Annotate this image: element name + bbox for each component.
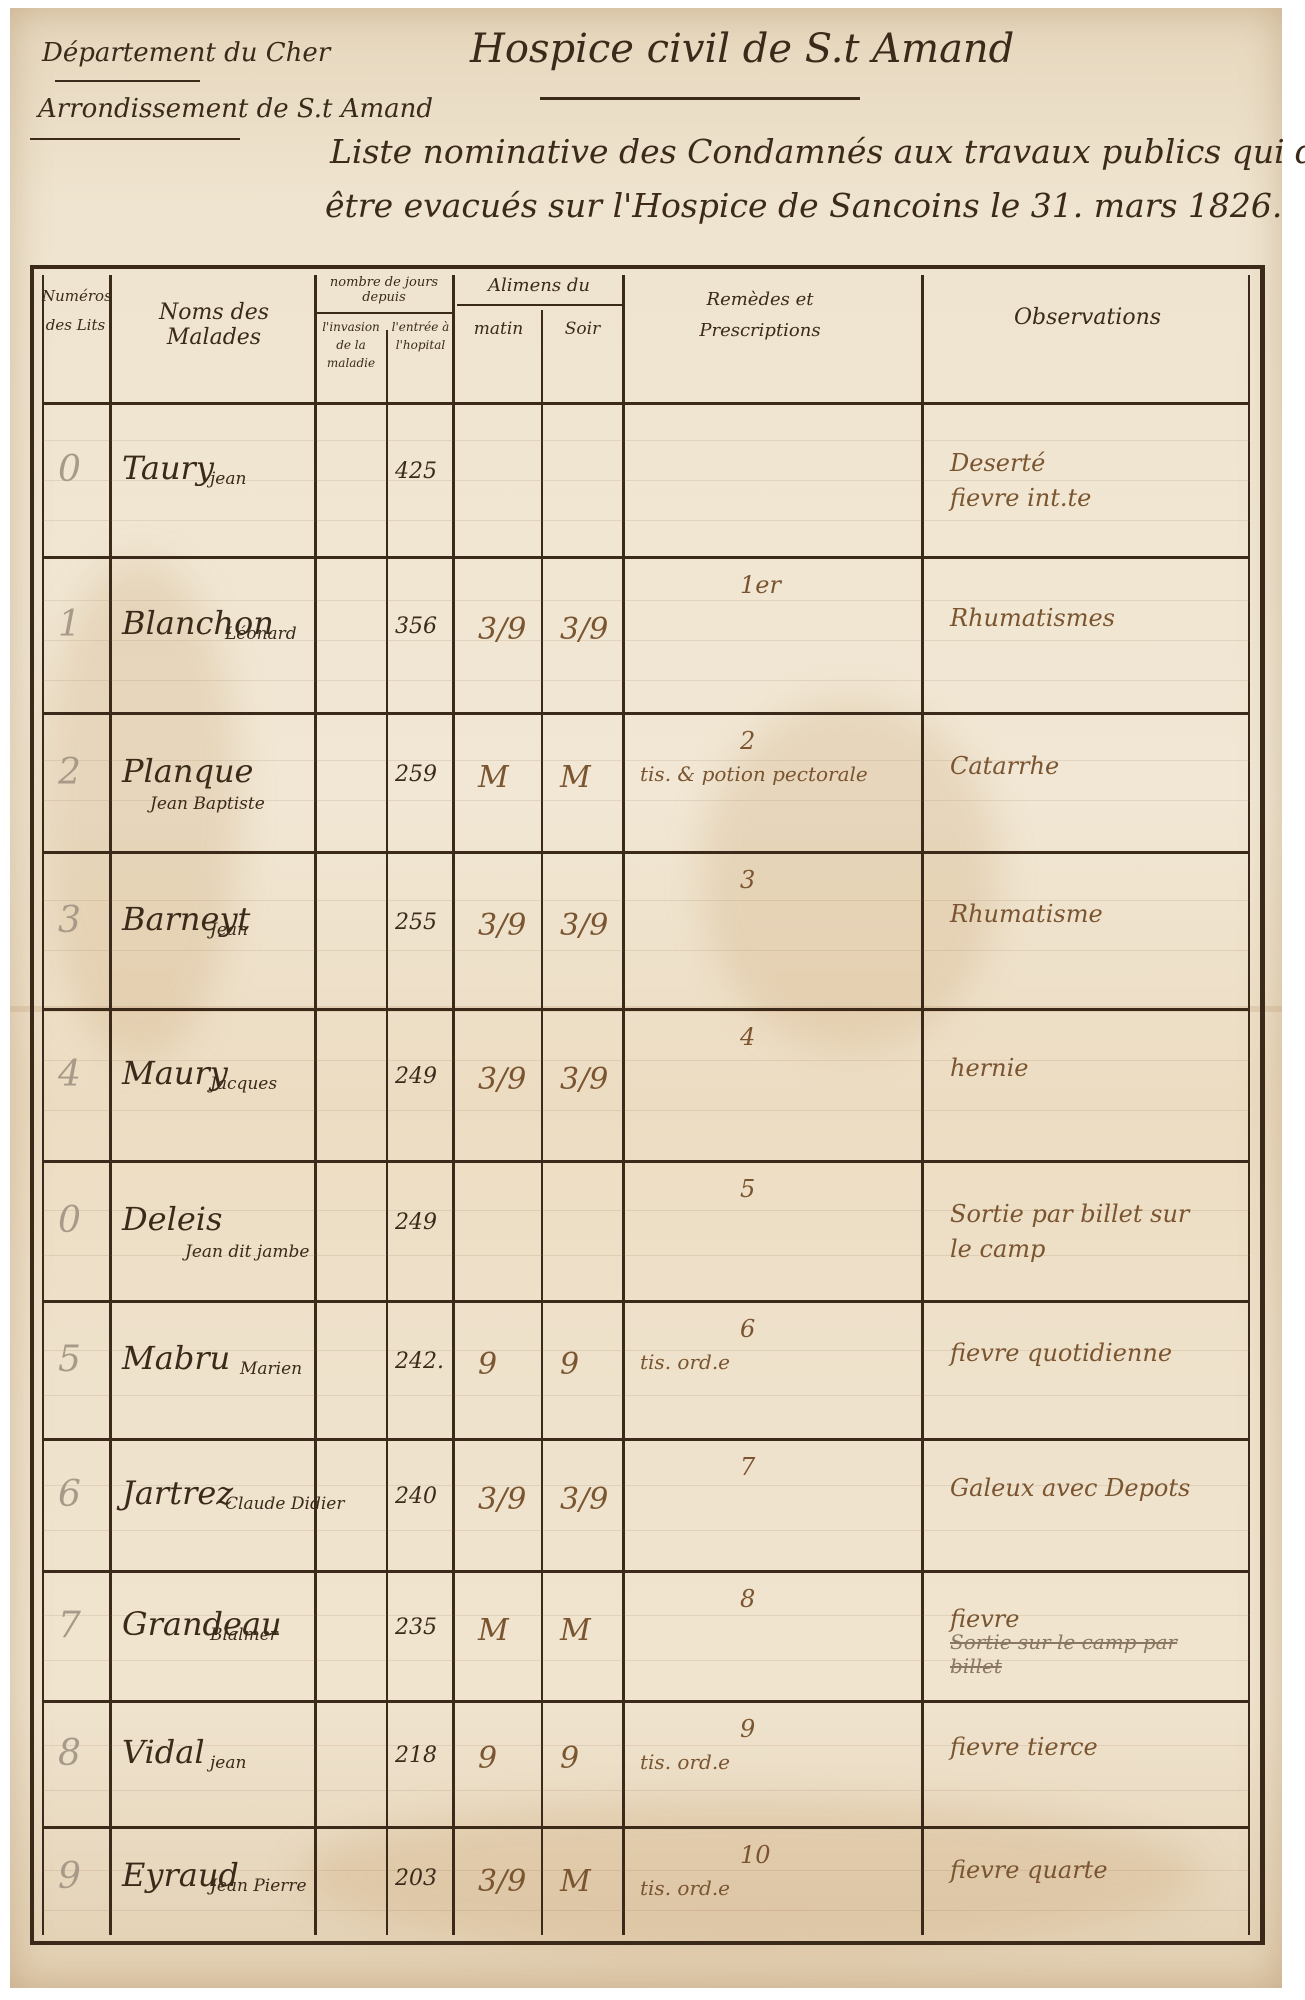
column-header-observations: Observations <box>925 305 1250 330</box>
column-header-soir: Soir <box>543 320 622 340</box>
diet-morning: 9 <box>478 1741 497 1776</box>
subtitle-line-2: être evacués sur l'Hospice de Sancoins l… <box>325 186 1282 225</box>
observation: Galeux avec Depots <box>950 1474 1190 1502</box>
patient-surname: Jartrez <box>122 1474 233 1512</box>
bed-number: 4 <box>58 1054 81 1095</box>
prescription: tis. ord.e <box>640 1876 730 1900</box>
arrondissement-label: Arrondissement de S.t Amand <box>38 94 433 124</box>
prescription-number: 7 <box>740 1453 755 1481</box>
patient-given-name: Jacques <box>210 1074 277 1094</box>
divider <box>55 80 200 82</box>
diet-morning: 9 <box>478 1347 497 1382</box>
days-since-admission: 235 <box>395 1615 437 1640</box>
patient-surname: Deleis <box>122 1200 222 1238</box>
diet-evening: M <box>560 760 591 795</box>
bed-number: 7 <box>58 1605 81 1646</box>
days-since-admission: 218 <box>395 1743 437 1768</box>
prescription-number: 9 <box>740 1715 755 1743</box>
prescription-number: 5 <box>740 1175 755 1203</box>
row-divider <box>42 402 1250 405</box>
column-divider <box>109 275 112 1935</box>
row-divider <box>42 1438 1250 1441</box>
diet-morning: 3/9 <box>478 1062 526 1097</box>
diet-evening: 9 <box>560 1741 579 1776</box>
diet-evening: M <box>560 1613 591 1648</box>
days-since-admission: 255 <box>395 910 437 935</box>
observation: Rhumatismes <box>950 604 1115 632</box>
observation-continued: le camp <box>950 1235 1045 1263</box>
observation: fievre tierce <box>950 1733 1098 1761</box>
diet-morning: 3/9 <box>478 1864 526 1899</box>
days-since-admission: 425 <box>395 459 437 484</box>
row-divider <box>42 851 1250 854</box>
patient-given-name: jean <box>210 469 246 489</box>
column-divider <box>921 275 924 1935</box>
days-since-admission: 356 <box>395 614 437 639</box>
bed-number: 8 <box>58 1733 81 1774</box>
patient-given-name: Marien <box>240 1359 302 1379</box>
patient-surname: Mabru <box>122 1339 230 1377</box>
column-header-entree: l'entrée à l'hopital <box>389 318 452 354</box>
row-divider <box>42 1008 1250 1011</box>
diet-evening: M <box>560 1864 591 1899</box>
row-divider <box>42 712 1250 715</box>
prescription-number: 8 <box>740 1585 755 1613</box>
patient-given-name: Jean dit jambe <box>185 1242 309 1262</box>
row-divider <box>42 1826 1250 1829</box>
observation: fievre quotidienne <box>950 1339 1172 1367</box>
bed-number: 6 <box>58 1474 81 1515</box>
observation: fievre quarte <box>950 1856 1108 1884</box>
patient-given-name: Claude Didier <box>225 1494 344 1514</box>
row-divider <box>42 1700 1250 1703</box>
bed-number: 0 <box>58 449 81 490</box>
bed-number: 3 <box>58 900 81 941</box>
days-since-admission: 249 <box>395 1064 437 1089</box>
column-divider <box>541 310 543 1935</box>
row-divider <box>42 556 1250 559</box>
patient-given-name: Jean Pierre <box>210 1876 307 1896</box>
prescription: tis. ord.e <box>640 1350 730 1374</box>
header-divider <box>316 312 452 314</box>
page-title: Hospice civil de S.t Amand <box>470 26 1014 72</box>
bed-number: 2 <box>58 752 81 793</box>
column-header-invasion: l'invasion de la maladie <box>316 318 386 372</box>
observation-continued: fievre int.te <box>950 484 1091 512</box>
diet-evening: 3/9 <box>560 1482 608 1517</box>
diet-morning: 3/9 <box>478 1482 526 1517</box>
days-since-admission: 259 <box>395 762 437 787</box>
diet-morning: 3/9 <box>478 612 526 647</box>
bed-number: 9 <box>58 1856 81 1897</box>
days-since-admission: 203 <box>395 1866 437 1891</box>
prescription-number: 1er <box>740 571 781 599</box>
patient-surname: Planque <box>122 752 253 790</box>
diet-evening: 3/9 <box>560 1062 608 1097</box>
diet-evening: 3/9 <box>560 612 608 647</box>
patient-given-name: jean <box>210 1753 246 1773</box>
title-underline <box>540 97 860 100</box>
departement-label: Département du Cher <box>42 38 330 68</box>
column-header-aliments-group: Alimens du <box>456 276 622 297</box>
table-inner-frame <box>42 275 1250 1935</box>
patient-given-name: Jean <box>210 920 248 940</box>
column-header-numero: Numéros des Lits <box>42 282 109 339</box>
observation: hernie <box>950 1054 1028 1082</box>
row-divider <box>42 1570 1250 1573</box>
diet-morning: 3/9 <box>478 908 526 943</box>
prescription: tis. & potion pectorale <box>640 762 868 786</box>
column-divider <box>452 275 455 1935</box>
observation: Deserté <box>950 449 1045 477</box>
patient-given-name: Blalmer <box>210 1625 278 1645</box>
header-divider <box>457 304 622 306</box>
observation: Rhumatisme <box>950 900 1103 928</box>
diet-morning: M <box>478 1613 509 1648</box>
subtitle-line-1: Liste nominative des Condamnés aux trava… <box>330 132 1305 171</box>
column-divider <box>314 275 317 1935</box>
bed-number: 5 <box>58 1339 81 1380</box>
column-header-matin: matin <box>456 320 541 340</box>
patient-surname: Taury <box>122 449 214 487</box>
bed-number: 1 <box>58 604 81 645</box>
diet-morning: M <box>478 760 509 795</box>
diet-evening: 3/9 <box>560 908 608 943</box>
prescription-number: 4 <box>740 1023 755 1051</box>
column-header-noms: Noms des Malades <box>114 300 314 351</box>
bed-number: 0 <box>58 1200 81 1241</box>
patient-given-name: Léonard <box>225 624 297 644</box>
patient-surname: Vidal <box>122 1733 205 1771</box>
days-since-admission: 240 <box>395 1484 437 1509</box>
days-since-admission: 249 <box>395 1210 437 1235</box>
observation: Catarrhe <box>950 752 1059 780</box>
prescription-number: 10 <box>740 1841 771 1869</box>
prescription-number: 2 <box>740 727 755 755</box>
patient-given-name: Jean Baptiste <box>150 794 265 814</box>
prescription-number: 6 <box>740 1315 755 1343</box>
column-header-jours-group: nombre de jours depuis <box>316 276 452 306</box>
prescription: tis. ord.e <box>640 1750 730 1774</box>
row-divider <box>42 1160 1250 1163</box>
observation: fievre <box>950 1605 1019 1633</box>
struck-observation: Sortie sur le camp par billet <box>950 1630 1190 1678</box>
prescription-number: 3 <box>740 866 755 894</box>
divider <box>30 138 240 140</box>
diet-evening: 9 <box>560 1347 579 1382</box>
column-divider <box>386 330 388 1935</box>
row-divider <box>42 1300 1250 1303</box>
days-since-admission: 242. <box>395 1349 444 1374</box>
column-divider <box>622 275 625 1935</box>
column-header-remedes: Remèdes et Prescriptions <box>660 285 860 346</box>
observation: Sortie par billet sur <box>950 1200 1189 1228</box>
